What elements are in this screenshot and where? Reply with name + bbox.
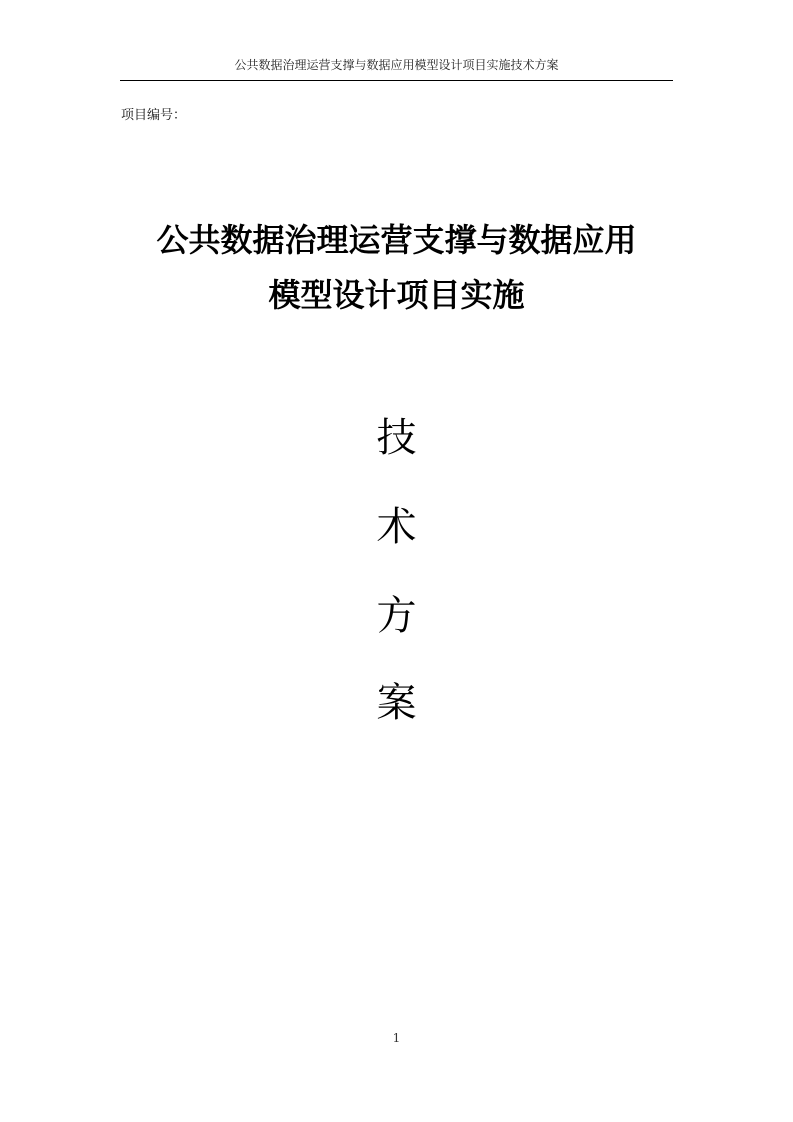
subtitle-char: 技 (0, 406, 793, 463)
subtitle-char: 方 (0, 584, 793, 641)
page-number: 1 (0, 1031, 793, 1045)
subtitle-char: 案 (0, 671, 793, 728)
running-header: 公共数据治理运营支撑与数据应用模型设计项目实施技术方案 (0, 56, 793, 73)
header-divider (120, 80, 673, 81)
project-number-label: 项目编号： (121, 104, 186, 123)
document-title-line-2: 模型设计项目实施 (0, 270, 793, 316)
subtitle-char: 术 (0, 495, 793, 552)
document-title-line-1: 公共数据治理运营支撑与数据应用 (0, 215, 793, 261)
